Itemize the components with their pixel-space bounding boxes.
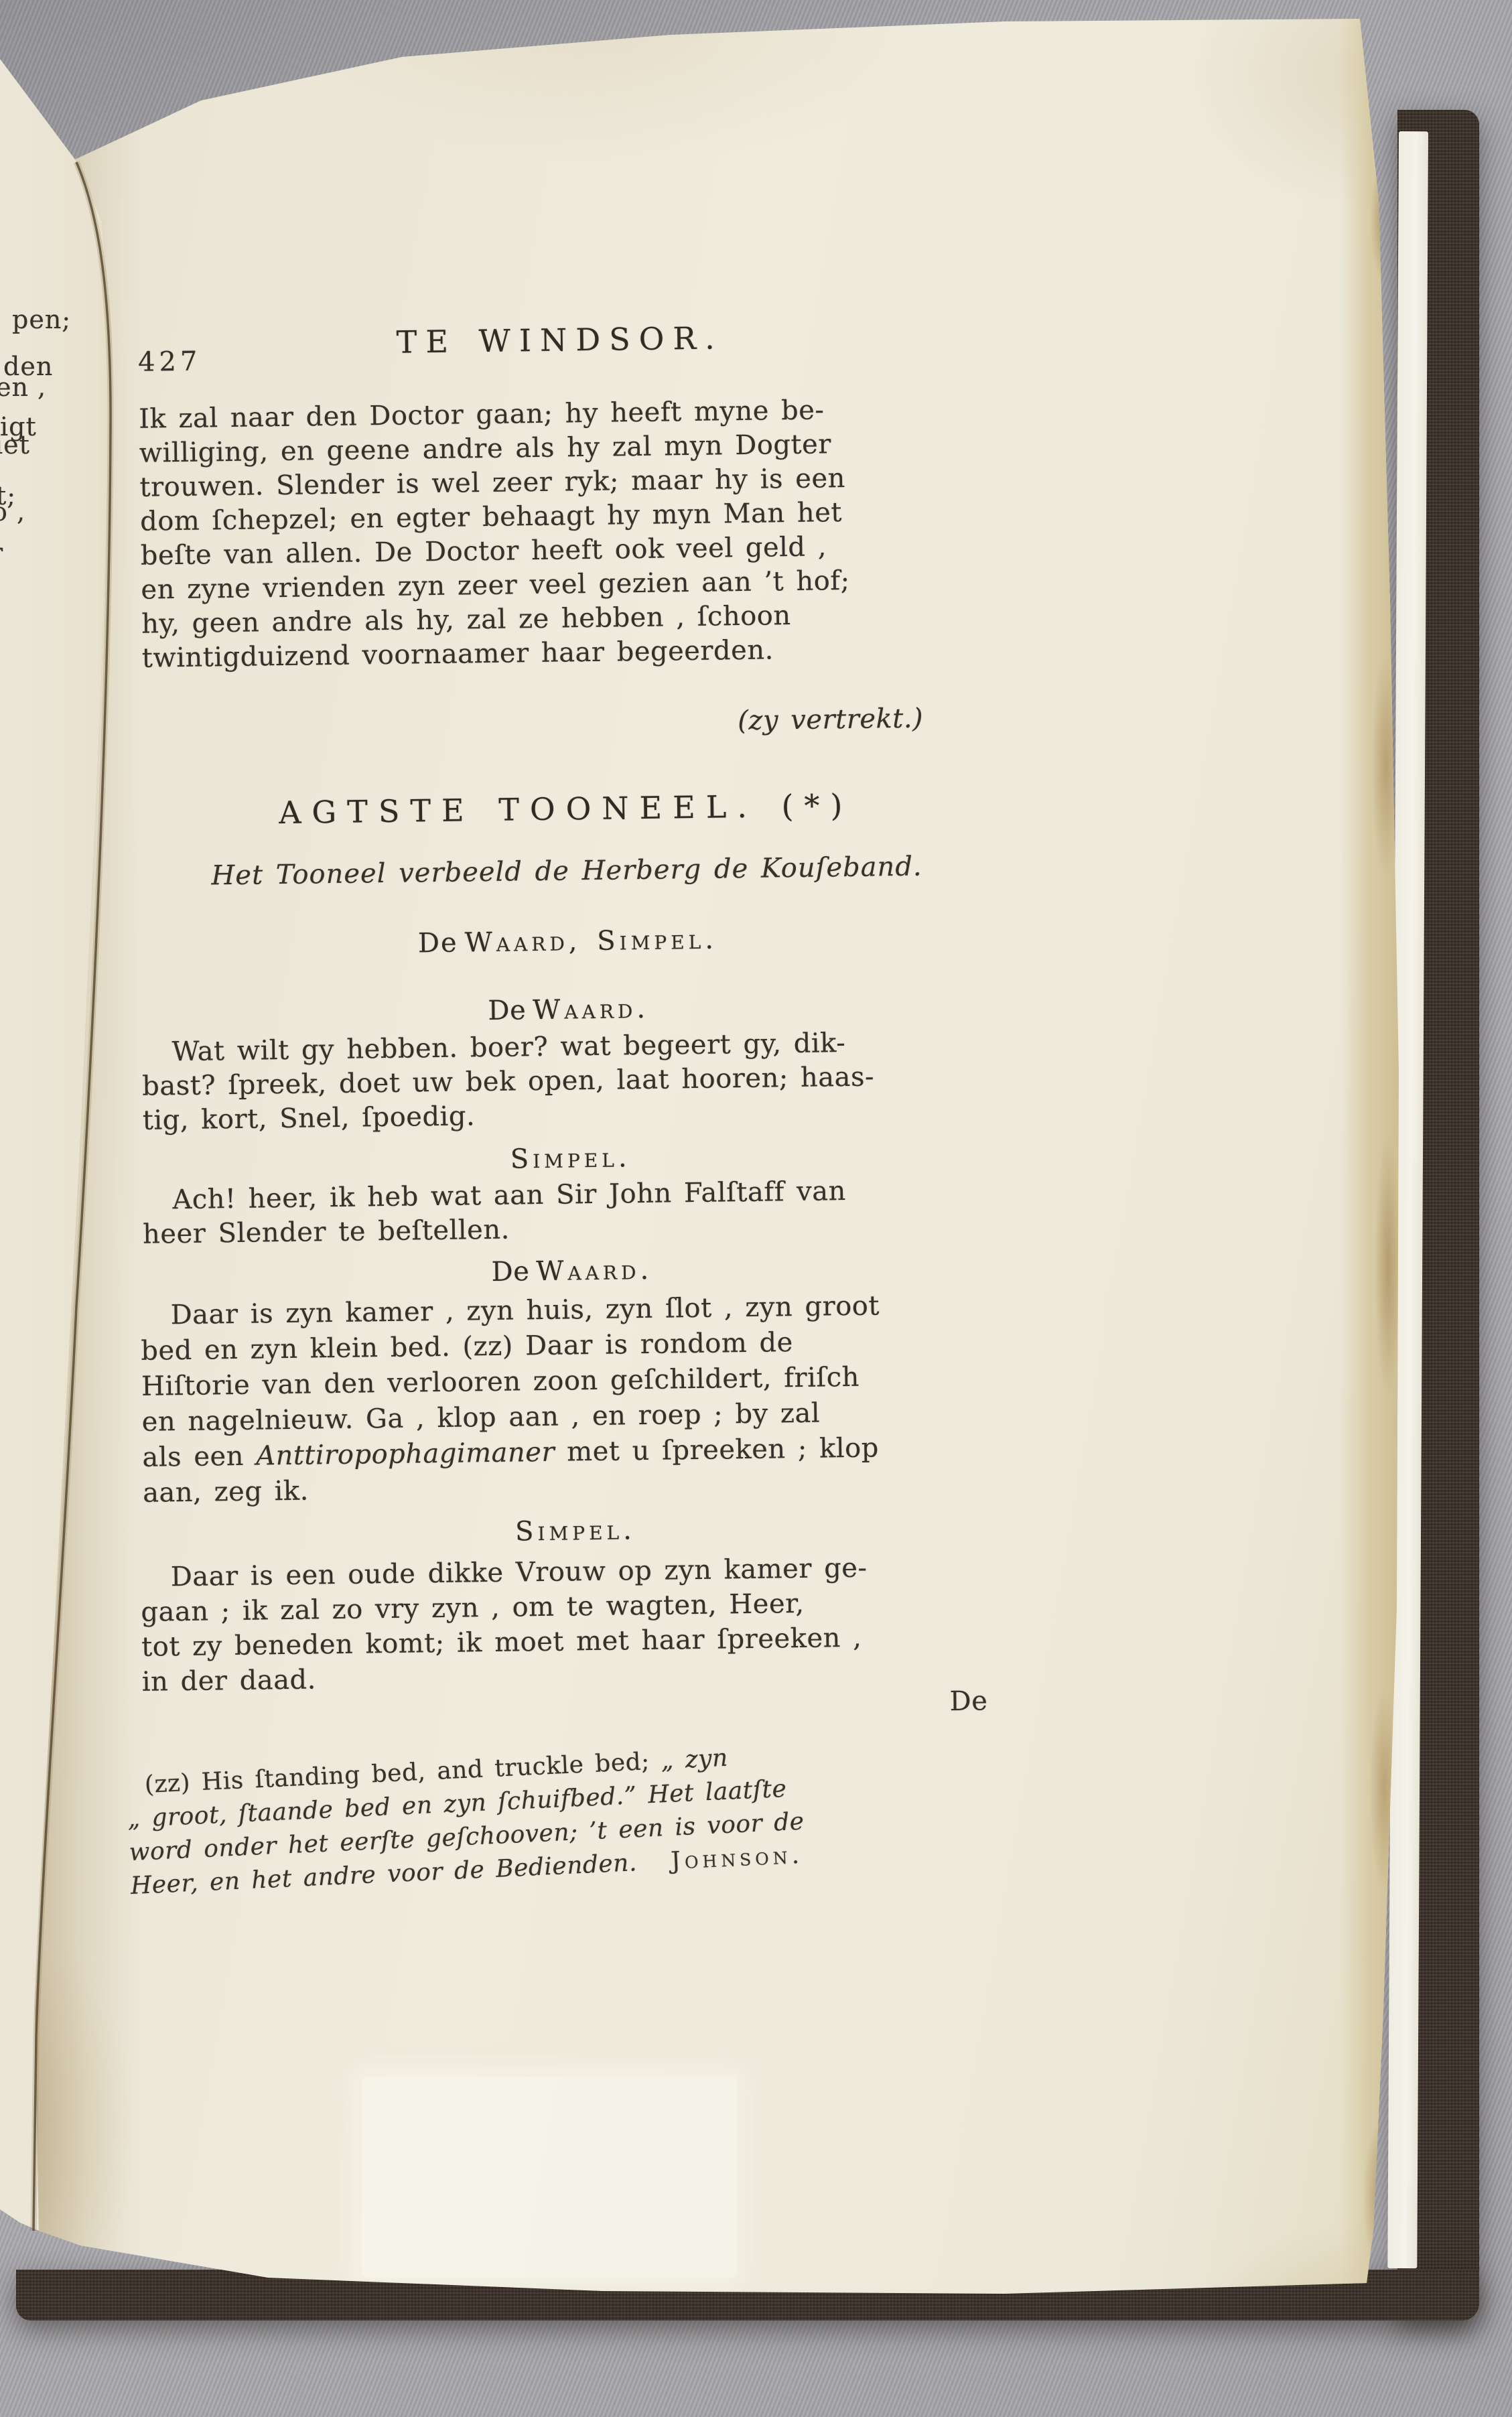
speaker-name: Simpel.: [510, 1142, 630, 1174]
scene-heading: AGTSTE TOONEEL. (*): [144, 786, 989, 831]
italic-word: Anttiropophagimaner: [256, 1437, 555, 1472]
light-paper-patch: [362, 2077, 737, 2278]
footnote: (zz) His ſtanding bed, and truckle bed; …: [125, 1729, 1002, 1903]
character-list: DeWaard, Simpel.: [145, 919, 990, 964]
speaker-name: Waard.: [536, 1255, 652, 1287]
left-page-fragment: pen;: [12, 305, 71, 334]
text-column: TE WINDSOR. 427 Ik zal naar den Doctor g…: [137, 297, 1004, 1996]
speech-waard-1: Wat wilt gy hebben. boer? wat begeert gy…: [141, 1024, 992, 1138]
speaker-heading: DeWaard.: [150, 1249, 995, 1294]
speech-simpel-2: Daar is een oude dikke Vrouw op zyn kame…: [140, 1549, 1000, 1700]
book-page: TE WINDSOR. 427 Ik zal naar den Doctor g…: [0, 0, 1512, 2417]
left-page-fragment: o ,: [0, 497, 25, 527]
text-segment: als een: [142, 1441, 256, 1473]
speech-waard-2: Daar is zyn kamer , zyn huis, zyn ſlot ,…: [140, 1287, 997, 1511]
stage-direction: (zy vertrekt.): [143, 701, 987, 746]
speech-simpel-1: Ach! heer, ik heb wat aan Sir John Falſt…: [142, 1172, 993, 1252]
left-page-fragment: en ,: [0, 372, 46, 402]
left-page-fragment: iet: [0, 430, 30, 460]
speaker-name: Simpel.: [515, 1515, 636, 1547]
scene-description: Het Tooneel verbeeld de Herberg de Kouſe…: [145, 849, 989, 894]
speaker-prefix: De: [488, 995, 526, 1026]
character-list-names: Waard, Simpel.: [464, 924, 717, 959]
footnote-attribution: Johnson.: [671, 1842, 804, 1875]
speaker-prefix: De: [491, 1256, 529, 1288]
text-segment: met u ſpreeken ; klop: [555, 1432, 879, 1467]
speaker-heading: Simpel.: [153, 1509, 998, 1553]
continuation-paragraph: Ik zal naar den Doctor gaan; hy heeft my…: [139, 391, 986, 675]
footnote-italic-segment: „ zyn: [661, 1744, 729, 1775]
book-photograph: { "page": { "running_head": "TE WINDSOR.…: [0, 0, 1512, 2417]
speaker-name: Waard.: [533, 993, 649, 1026]
character-list-prefix: De: [418, 928, 458, 959]
left-page-fragment: r: [0, 538, 3, 567]
